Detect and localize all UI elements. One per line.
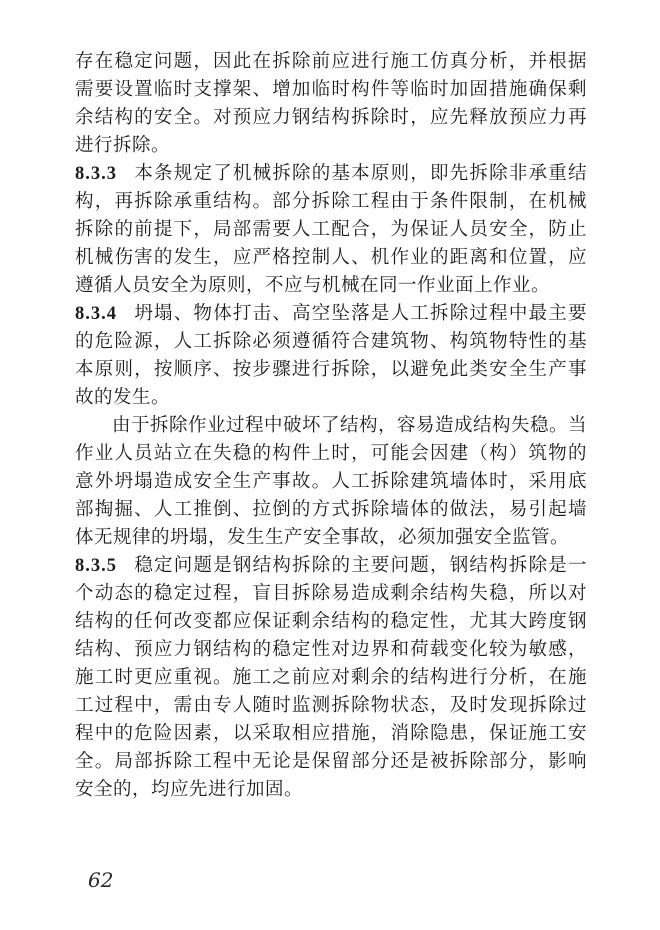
section-number: 8.3.3 xyxy=(75,164,117,184)
paragraph-continuation: 存在稳定问题，因此在拆除前应进行施工仿真分析，并根据需要设置临时支撑架、增加临时… xyxy=(75,48,587,160)
paragraph-text: 由于拆除作业过程中破坏了结构，容易造成结构失稳。当作业人员站立在失稳的构件上时，… xyxy=(75,416,587,548)
paragraph-text: 坍塌、物体打击、高空坠落是人工拆除过程中最主要的危险源，人工拆除必须遵循符合建筑… xyxy=(75,304,587,408)
paragraph-clause-8-3-4: 8.3.4坍塌、物体打击、高空坠落是人工拆除过程中最主要的危险源，人工拆除必须遵… xyxy=(75,300,587,412)
paragraph-text: 存在稳定问题，因此在拆除前应进行施工仿真分析，并根据需要设置临时支撑架、增加临时… xyxy=(75,52,587,156)
section-number: 8.3.4 xyxy=(75,304,117,324)
paragraph-clause-8-3-3: 8.3.3本条规定了机械拆除的基本原则，即先拆除非承重结构，再拆除承重结构。部分… xyxy=(75,160,587,300)
paragraph-clause-8-3-5: 8.3.5稳定问题是钢结构拆除的主要问题，钢结构拆除是一个动态的稳定过程，盲目拆… xyxy=(75,552,587,804)
page-number: 62 xyxy=(88,868,113,892)
body-text: 存在稳定问题，因此在拆除前应进行施工仿真分析，并根据需要设置临时支撑架、增加临时… xyxy=(75,48,587,804)
paragraph-indented: 由于拆除作业过程中破坏了结构，容易造成结构失稳。当作业人员站立在失稳的构件上时，… xyxy=(75,412,587,552)
paragraph-text: 稳定问题是钢结构拆除的主要问题，钢结构拆除是一个动态的稳定过程，盲目拆除易造成剩… xyxy=(75,556,587,800)
document-page: 存在稳定问题，因此在拆除前应进行施工仿真分析，并根据需要设置临时支撑架、增加临时… xyxy=(0,0,660,930)
paragraph-text: 本条规定了机械拆除的基本原则，即先拆除非承重结构，再拆除承重结构。部分拆除工程由… xyxy=(75,164,587,296)
section-number: 8.3.5 xyxy=(75,556,117,576)
